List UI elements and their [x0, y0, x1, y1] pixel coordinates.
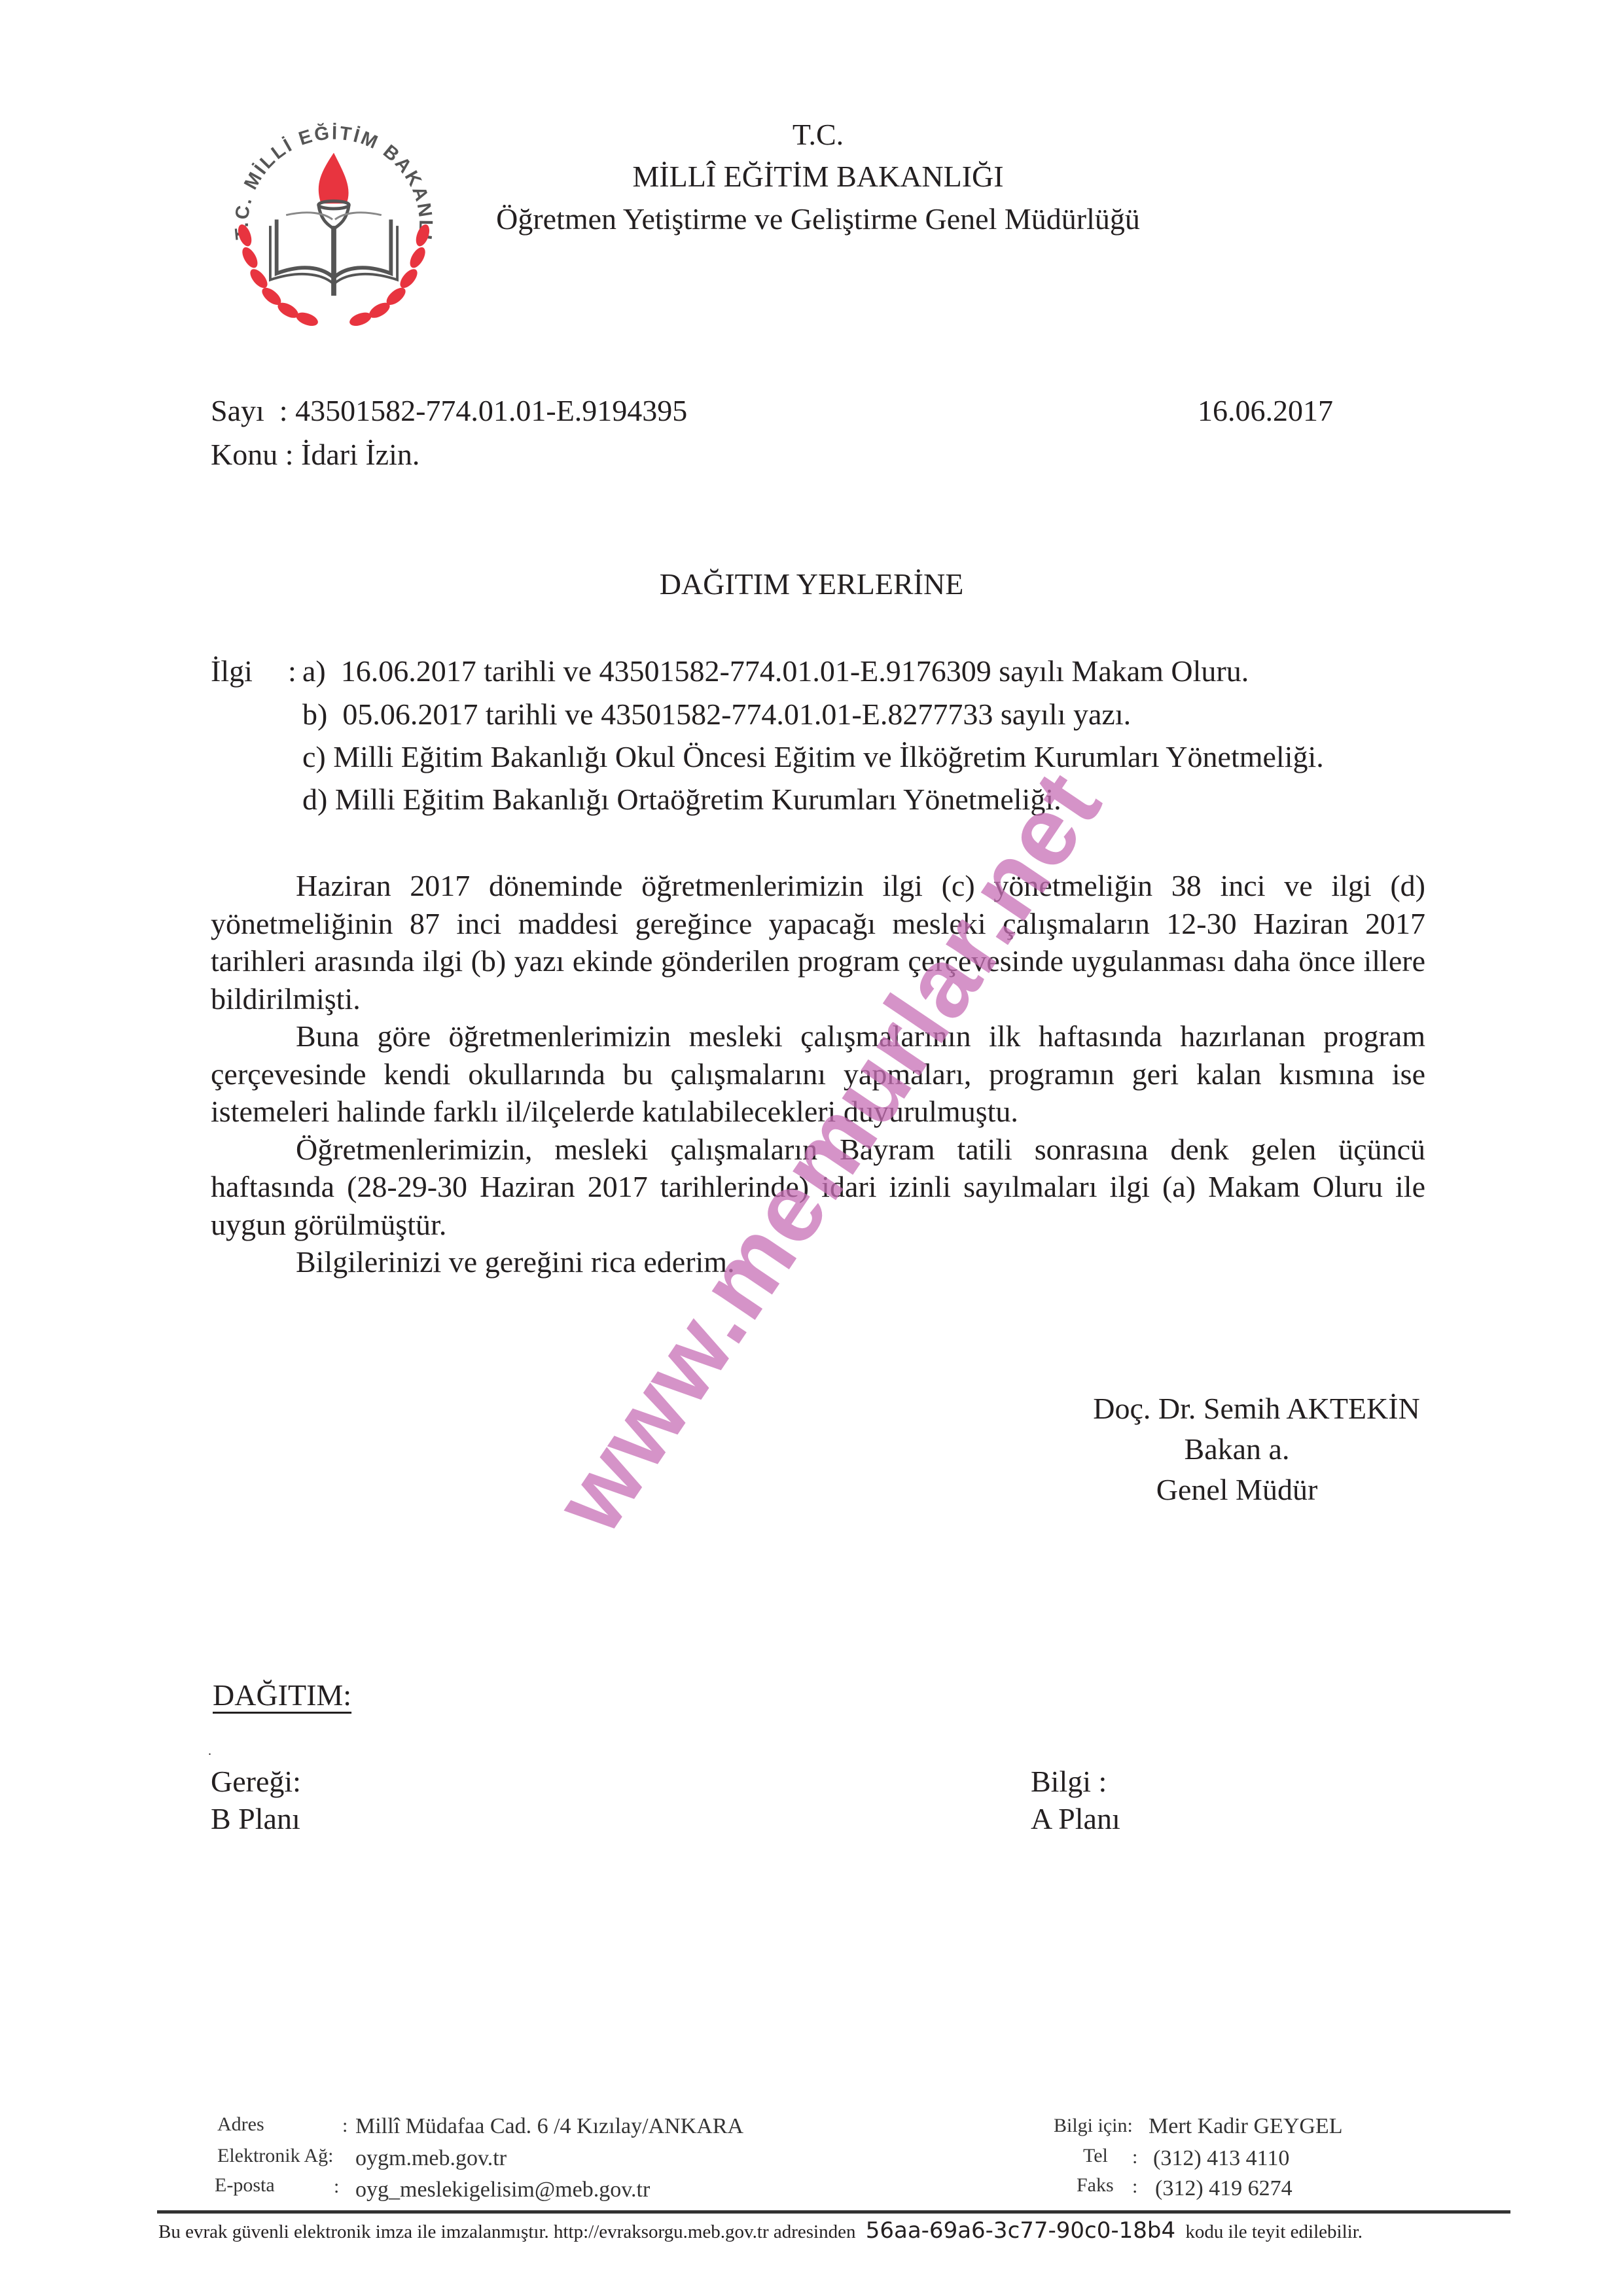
meb-emblem-icon: T.C. MİLLİ EĞİTİM BAKANLIĞI — [226, 121, 442, 337]
distribution-bilgi-label: Bilgi : — [1031, 1767, 1107, 1797]
ilgi-item-key: d) — [302, 783, 327, 816]
footer-colon: : — [1132, 2147, 1137, 2167]
signature-block: Doç. Dr. Semih AKTEKİN Bakan a. Genel Mü… — [969, 1388, 1505, 1510]
ilgi-item-text: Milli Eğitim Bakanlığı Ortaöğretim Kurum… — [335, 783, 1061, 816]
header-directorate: Öğretmen Yetiştirme ve Geliştirme Genel … — [458, 204, 1178, 234]
verify-code: 56aa-69a6-3c77-90c0-18b4 — [861, 2217, 1181, 2244]
ilgi-colon: : — [288, 656, 296, 686]
footer-tel-value: (312) 413 4110 — [1153, 2147, 1289, 2170]
ilgi-item-text: Milli Eğitim Bakanlığı Okul Öncesi Eğiti… — [333, 740, 1324, 773]
stray-dot: . — [208, 1744, 211, 1759]
header-ministry: MİLLÎ EĞİTİM BAKANLIĞI — [458, 162, 1178, 192]
verify-prefix: Bu evrak güvenli elektronik imza ile imz… — [158, 2221, 855, 2242]
footer-colon: : — [1132, 2177, 1137, 2197]
ilgi-label: İlgi — [211, 656, 253, 686]
distribution-gereği-value: B Planı — [211, 1804, 300, 1834]
body-paragraph: Buna göre öğretmenlerimizin mesleki çalı… — [211, 1017, 1425, 1131]
footer-tel-label: Tel — [1083, 2146, 1108, 2166]
footer-divider — [157, 2210, 1510, 2214]
sayi-value: 43501582-774.01.01-E.9194395 — [295, 394, 687, 427]
ilgi-item: d) Milli Eğitim Bakanlığı Ortaöğretim Ku… — [302, 785, 1061, 815]
footer-email-link[interactable]: oyg_meslekigelisim@meb.gov.tr — [355, 2179, 650, 2201]
footer-address-label: Adres — [217, 2115, 264, 2134]
document-subject: Konu : İdari İzin. — [211, 440, 419, 470]
footer-contact-label: Bilgi için: — [1054, 2116, 1133, 2136]
footer-fax-label: Faks — [1077, 2176, 1114, 2195]
letter-body: Haziran 2017 döneminde öğretmenlerimizin… — [211, 867, 1425, 1281]
footer-web-link[interactable]: oygm.meb.gov.tr — [355, 2147, 507, 2170]
body-paragraph: Bilgilerinizi ve gereğini rica ederim. — [211, 1243, 1425, 1281]
footer-fax-value: (312) 419 6274 — [1155, 2178, 1293, 2200]
ilgi-item-text: 16.06.2017 tarihli ve 43501582-774.01.01… — [341, 654, 1249, 688]
ilgi-item: c) Milli Eğitim Bakanlığı Okul Öncesi Eğ… — [302, 742, 1324, 772]
e-signature-verification: Bu evrak güvenli elektronik imza ile imz… — [158, 2219, 1363, 2242]
footer-colon: : — [334, 2177, 339, 2197]
footer-contact-name: Mert Kadir GEYGEL — [1149, 2115, 1342, 2138]
body-paragraph: Haziran 2017 döneminde öğretmenlerimizin… — [211, 867, 1425, 1017]
signatory-title: Genel Müdür — [969, 1470, 1505, 1510]
signatory-name: Doç. Dr. Semih AKTEKİN — [969, 1388, 1505, 1429]
verify-suffix: kodu ile teyit edilebilir. — [1185, 2221, 1363, 2242]
footer-email-label: E-posta — [215, 2176, 275, 2195]
body-paragraph: Öğretmenlerimizin, mesleki çalışmaların … — [211, 1131, 1425, 1244]
ilgi-item-text: 05.06.2017 tarihli ve 43501582-774.01.01… — [342, 698, 1131, 731]
ilgi-item-key: b) — [302, 698, 327, 731]
document-date: 16.06.2017 — [1198, 396, 1333, 426]
footer-web-label: Elektronik Ağ: — [217, 2146, 333, 2166]
sayi-label: Sayı — [211, 394, 264, 427]
ilgi-item-key: c) — [302, 740, 326, 773]
header-country: T.C. — [458, 120, 1178, 150]
distribution-gereği-label: Gereği: — [211, 1767, 301, 1797]
distribution-bilgi-value: A Planı — [1031, 1804, 1120, 1834]
footer-address-value: Millî Müdafaa Cad. 6 /4 Kızılay/ANKARA — [355, 2115, 743, 2138]
konu-value: İdari İzin. — [301, 438, 419, 471]
document-number: Sayı : 43501582-774.01.01-E.9194395 — [211, 396, 687, 426]
ilgi-item: a) 16.06.2017 tarihli ve 43501582-774.01… — [302, 656, 1249, 686]
signatory-on-behalf: Bakan a. — [969, 1429, 1505, 1470]
recipient-heading: DAĞITIM YERLERİNE — [0, 569, 1623, 599]
konu-label: Konu — [211, 438, 277, 471]
ilgi-item-key: a) — [302, 654, 326, 688]
distribution-title: DAĞITIM: — [213, 1680, 351, 1710]
footer-colon: : — [342, 2116, 348, 2136]
ilgi-item: b) 05.06.2017 tarihli ve 43501582-774.01… — [302, 699, 1131, 730]
